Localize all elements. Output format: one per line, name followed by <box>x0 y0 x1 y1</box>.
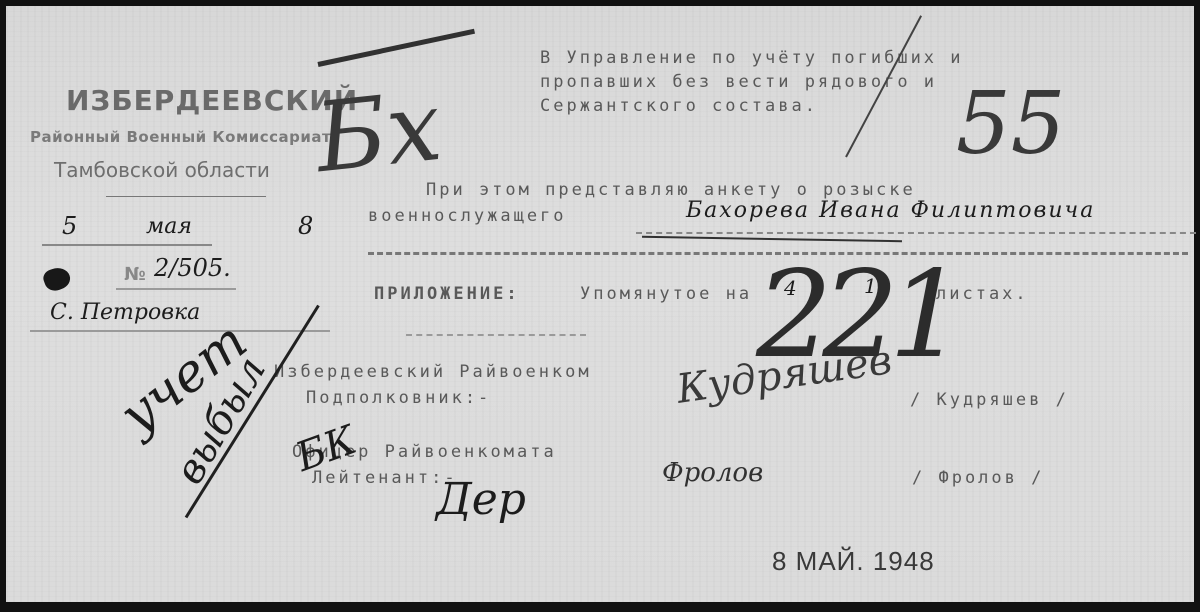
body-line-1: При этом представляю анкету о розыске <box>426 180 916 200</box>
annotation-fraction: 55 <box>956 74 1065 174</box>
stamp-line-3: Тамбовской области <box>54 158 270 182</box>
name-underline-ink <box>642 236 902 243</box>
annotation-big-number: 221 <box>756 246 955 385</box>
soldier-name: Бахорева Ивана Филиптовича <box>686 198 1095 223</box>
commissar-name: / Кудряшев / <box>910 390 1069 410</box>
stamp-date-year: 8 <box>298 212 313 240</box>
body-line-2-prefix: военнослужащего <box>368 206 567 226</box>
addressee-line-3: Сержантского состава. <box>540 96 818 116</box>
commissar-title-1: Избердеевский Райвоенком <box>274 362 592 382</box>
stamp-number: 2/505. <box>154 254 231 282</box>
received-date-stamp: 8 МАЙ. 1948 <box>772 546 935 577</box>
stamp-number-prefix: № <box>124 264 146 285</box>
annotation-top-stroke <box>317 29 475 67</box>
addressee-line-2: пропавших без вести рядового и <box>540 72 937 92</box>
stamp-line-2: Районный Военный Комиссариат <box>30 128 331 146</box>
attachment-label: ПРИЛОЖЕНИЕ: <box>374 284 520 304</box>
attachment-text: Упомянутое на <box>580 284 752 304</box>
stamp-date-day: 5 <box>62 212 77 240</box>
annotation-top-mark: Бх <box>310 70 446 194</box>
commissar-title-2: Подполковник:- <box>306 388 491 408</box>
attachment-dashes <box>406 334 586 336</box>
stamp-divider <box>106 196 266 197</box>
officer-name: / Фролов / <box>912 468 1044 488</box>
name-underline <box>636 232 1196 234</box>
margin-note-4: Дер <box>436 474 526 525</box>
stamp-date-month: мая <box>146 214 192 239</box>
officer-signature: Фролов <box>662 458 763 488</box>
place-underline <box>30 330 330 332</box>
date-underline <box>42 244 212 246</box>
ink-blot <box>41 264 73 294</box>
stamp-place: С. Петровка <box>50 300 200 325</box>
number-underline <box>116 288 236 290</box>
document-page: ИЗБЕРДЕЕВСКИЙ Районный Военный Комиссари… <box>6 6 1194 602</box>
